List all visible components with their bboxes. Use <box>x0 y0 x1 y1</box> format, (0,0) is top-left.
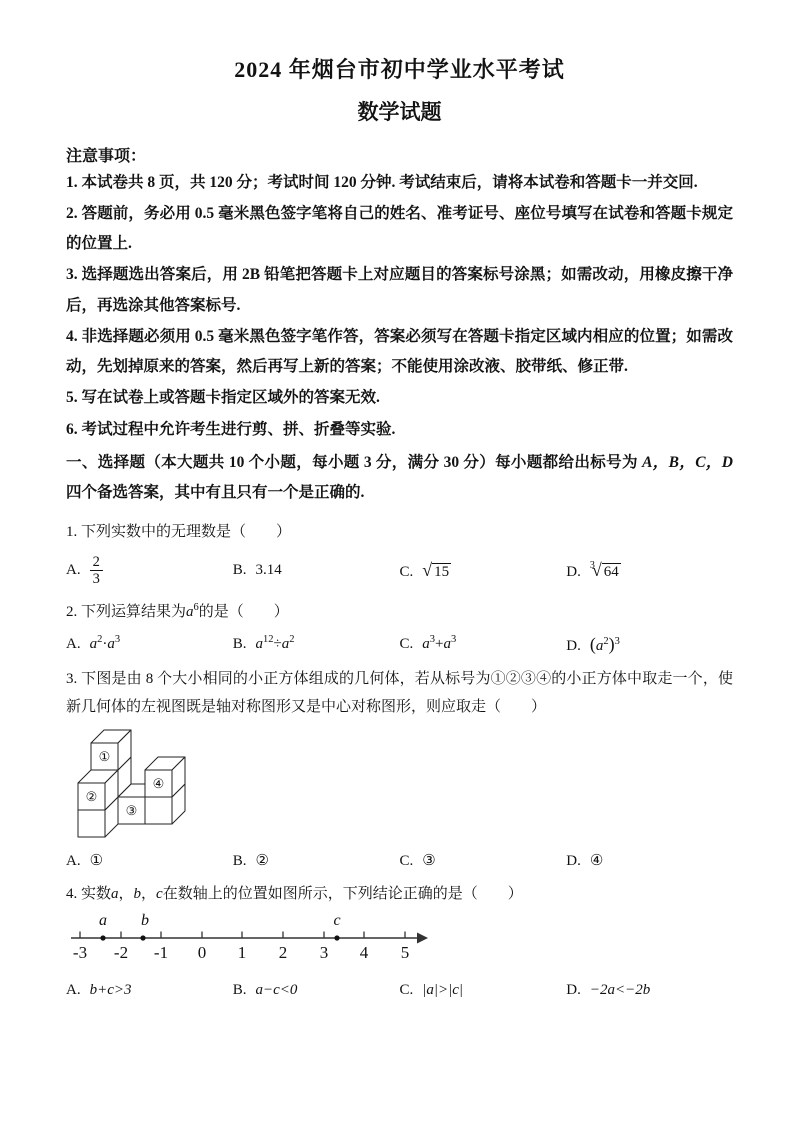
math-variable: b <box>134 886 142 902</box>
radical-sign: √ <box>422 560 432 580</box>
option-label: D. <box>566 638 581 654</box>
tick-label: 3 <box>320 943 329 962</box>
option-value: ① <box>90 853 103 869</box>
math-expression: a−c<0 <box>256 982 298 998</box>
math-expression: b+c>3 <box>90 982 132 998</box>
section-heading-choice-letters: A，B，C，D <box>642 454 733 471</box>
cube-label-2: ② <box>86 789 98 804</box>
section-heading-post: 四个备选答案，其中有且只有一个是正确的. <box>66 484 364 501</box>
tick-label: 1 <box>238 943 247 962</box>
q3-figure-wrap: ① ② ③ ④ <box>68 727 733 844</box>
q2-text-post: 的是（ ） <box>199 604 289 620</box>
question-3-text: 3. 下图是由 8 个大小相同的小正方体组成的几何体，若从标号为①②③④的小正方… <box>66 665 733 722</box>
math-expression: −2a<−2b <box>590 982 650 998</box>
point-label-b: b <box>141 912 149 929</box>
tick-label: 0 <box>198 943 207 962</box>
cube-label-3: ③ <box>126 803 138 818</box>
q4-option-a: A.b+c>3 <box>66 982 233 999</box>
notice-item-3: 3. 选择题选出答案后，用 2B 铅笔把答题卡上对应题目的答案标号涂黑；如需改动… <box>66 260 733 320</box>
math-operator: ÷ <box>274 636 282 652</box>
math-variable: a <box>256 636 264 652</box>
option-value: 3.14 <box>256 562 282 578</box>
fraction-denominator: 3 <box>90 570 103 588</box>
option-label: A. <box>66 562 81 578</box>
q1-option-b: B.3.14 <box>233 562 400 579</box>
q3-option-b: B.② <box>233 851 400 870</box>
cube-root: 3√64 <box>590 564 621 580</box>
q3-option-c: C.③ <box>400 851 567 870</box>
section-heading-pre: 一、选择题（本大题共 10 个小题，每小题 3 分，满分 30 分）每小题都给出… <box>66 454 642 471</box>
tick-label: 4 <box>360 943 369 962</box>
q4-figure-wrap: -3 -2 -1 0 1 2 3 4 5 a b c <box>66 912 733 975</box>
option-label: A. <box>66 982 81 998</box>
cubes-figure: ① ② ③ ④ <box>68 727 190 839</box>
q1-option-d: D.3√64 <box>566 560 733 581</box>
option-label: A. <box>66 636 81 652</box>
page-subtitle: 数学试题 <box>66 100 733 125</box>
question-1-text: 1. 下列实数中的无理数是（ ） <box>66 518 733 547</box>
question-1-options: A.23 B.3.14 C.√15 D.3√64 <box>66 554 733 588</box>
option-label: D. <box>566 564 581 580</box>
question-3-options: A.① B.② C.③ D.④ <box>66 851 733 870</box>
option-label: B. <box>233 636 247 652</box>
option-label: C. <box>400 853 414 869</box>
option-label: C. <box>400 982 414 998</box>
radicand: 15 <box>432 563 451 580</box>
q4-option-b: B.a−c<0 <box>233 982 400 999</box>
tick-label: -1 <box>154 943 168 962</box>
option-value: ② <box>256 853 269 869</box>
q4-option-c: C.|a|>|c| <box>400 982 567 999</box>
math-variable: a <box>443 636 451 652</box>
q3-option-d: D.④ <box>566 851 733 870</box>
math-variable: a <box>107 636 115 652</box>
q2-option-b: B.a12÷a2 <box>233 636 400 653</box>
q3-option-a: A.① <box>66 851 233 870</box>
option-label: C. <box>400 564 414 580</box>
notice-heading: 注意事项： <box>66 143 733 166</box>
q1-option-c: C.√15 <box>400 560 567 581</box>
question-4-options: A.b+c>3 B.a−c<0 C.|a|>|c| D.−2a<−2b <box>66 982 733 999</box>
notice-item-4: 4. 非选择题必须用 0.5 毫米黑色签字笔作答，答案必须写在答题卡指定区域内相… <box>66 322 733 382</box>
q2-text-pre: 2. 下列运算结果为 <box>66 604 186 620</box>
point-label-a: a <box>99 912 107 929</box>
point-dot-b <box>140 935 145 940</box>
math-variable: a <box>111 886 119 902</box>
point-dot-c <box>334 935 339 940</box>
radical-sign: √ <box>592 560 602 580</box>
question-2-options: A.a2·a3 B.a12÷a2 C.a3+a3 D.(a2)3 <box>66 634 733 655</box>
math-exponent: 3 <box>115 634 120 645</box>
q2-option-d: D.(a2)3 <box>566 634 733 655</box>
fraction-numerator: 2 <box>90 554 103 571</box>
math-expression: |a|>|c| <box>422 982 463 998</box>
notice-item-1: 1. 本试卷共 8 页，共 120 分；考试时间 120 分钟. 考试结束后，请… <box>66 168 733 198</box>
math-exponent: 12 <box>263 634 274 645</box>
tick-label: -3 <box>73 943 87 962</box>
tick-label: 5 <box>401 943 410 962</box>
q4-option-d: D.−2a<−2b <box>566 982 733 999</box>
q2-option-a: A.a2·a3 <box>66 636 233 653</box>
square-root: √15 <box>422 564 451 580</box>
point-dot-a <box>100 935 105 940</box>
option-label: C. <box>400 636 414 652</box>
number-line-figure: -3 -2 -1 0 1 2 3 4 5 a b c <box>66 912 446 970</box>
q4-text-post: 在数轴上的位置如图所示，下列结论正确的是（ ） <box>163 886 523 902</box>
option-label: B. <box>233 982 247 998</box>
notice-item-6: 6. 考试过程中允许考生进行剪、拼、折叠等实验. <box>66 415 733 445</box>
q2-option-c: C.a3+a3 <box>400 636 567 653</box>
tick-label: -2 <box>114 943 128 962</box>
math-variable: a <box>90 636 98 652</box>
option-label: B. <box>233 562 247 578</box>
cube-label-4: ④ <box>153 776 165 791</box>
notice-item-2: 2. 答题前，务必用 0.5 毫米黑色签字笔将自己的姓名、准考证号、座位号填写在… <box>66 199 733 259</box>
cube-label-1: ① <box>99 749 111 764</box>
fraction: 23 <box>90 554 103 588</box>
math-exponent: 2 <box>289 634 294 645</box>
option-label: A. <box>66 853 81 869</box>
option-value: ④ <box>590 853 603 869</box>
point-label-c: c <box>333 912 340 929</box>
exam-paper-page: 2024 年烟台市初中学业水平考试 数学试题 注意事项： 1. 本试卷共 8 页… <box>0 0 793 1122</box>
axis-arrowhead-icon <box>417 933 428 944</box>
math-variable: a <box>422 636 430 652</box>
question-4-text: 4. 实数a，b，c在数轴上的位置如图所示，下列结论正确的是（ ） <box>66 880 733 909</box>
math-exponent: 3 <box>451 634 456 645</box>
radicand: 64 <box>602 563 621 580</box>
section-heading: 一、选择题（本大题共 10 个小题，每小题 3 分，满分 30 分）每小题都给出… <box>66 448 733 508</box>
option-label: D. <box>566 853 581 869</box>
option-label: B. <box>233 853 247 869</box>
q1-option-a: A.23 <box>66 554 233 588</box>
question-2-text: 2. 下列运算结果为a6的是（ ） <box>66 598 733 627</box>
math-exponent: 3 <box>615 636 620 647</box>
option-label: D. <box>566 982 581 998</box>
page-title: 2024 年烟台市初中学业水平考试 <box>66 56 733 85</box>
tick-label: 2 <box>279 943 288 962</box>
notice-item-5: 5. 写在试卷上或答题卡指定区域外的答案无效. <box>66 383 733 413</box>
option-value: ③ <box>422 853 435 869</box>
math-variable: a <box>186 604 194 620</box>
math-variable: c <box>156 886 163 902</box>
q4-text-pre: 4. 实数 <box>66 886 111 902</box>
separator: ， <box>119 886 134 902</box>
separator: ， <box>141 886 156 902</box>
